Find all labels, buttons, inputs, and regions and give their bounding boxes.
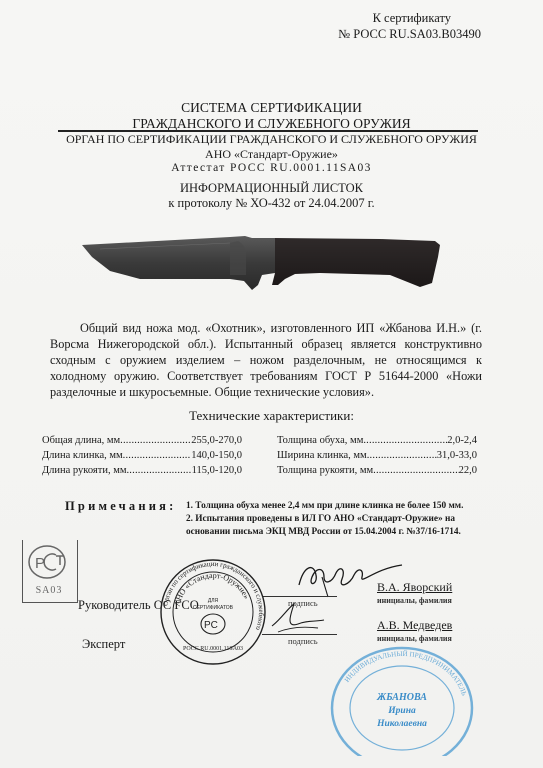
certificate-reference: К сертификату № РОСС RU.SA03.B03490 (338, 10, 481, 42)
spec-row: Толщина обуха, мм 2,0-2,4 (277, 433, 477, 448)
organization-name: АНО «Стандарт-Оружие» (0, 147, 543, 162)
blue-stamp-surname: ЖБАНОВА (376, 692, 427, 703)
spec-value: 22,0 (459, 463, 477, 478)
head-signature-line (262, 596, 337, 597)
protocol-reference: к протоколу № ХО-432 от 24.04.2007 г. (0, 196, 543, 211)
knife-image (80, 235, 460, 299)
system-header: СИСТЕМА СЕРТИФИКАЦИИ ГРАЖДАНСКОГО И СЛУЖ… (0, 100, 543, 132)
stamp-bottom-text: РОСС RU.0001.11SA03 (183, 646, 243, 652)
description-paragraph: Общий вид ножа мод. «Охотник», изготовле… (50, 320, 482, 400)
spec-label: Длина рукояти, мм (42, 463, 126, 478)
spec-value: 2,0-2,4 (447, 433, 477, 448)
certification-stamp: Орган по сертификации гражданского и слу… (158, 558, 268, 666)
spec-row: Длина клинка, мм 140,0-150,0 (42, 448, 242, 463)
organ-header: ОРГАН ПО СЕРТИФИКАЦИИ ГРАЖДАНСКОГО И СЛУ… (0, 132, 543, 176)
notes-label: Примечания: (65, 499, 176, 514)
system-title-line1: СИСТЕМА СЕРТИФИКАЦИИ (0, 100, 543, 116)
head-name: В.А. Яворский (377, 580, 452, 595)
expert-signature-caption: подпись (288, 636, 318, 646)
certificate-ref-label: К сертификату (338, 10, 481, 26)
spec-value: 115,0-120,0 (192, 463, 242, 478)
attestat-number: Аттестат РОСС RU.0001.11SA03 (0, 161, 543, 176)
entrepreneur-stamp: ИНДИВИДУАЛЬНЫЙ ПРЕДПРИНИМАТЕЛЬ ЖБАНОВА И… (315, 638, 490, 756)
spec-row: Длина рукояти, мм 115,0-120,0 (42, 463, 242, 478)
specs-left-column: Общая длина, мм 255,0-270,0 Длина клинка… (42, 433, 242, 478)
spec-label: Ширина клинка, мм (277, 448, 367, 463)
spec-row: Общая длина, мм 255,0-270,0 (42, 433, 242, 448)
info-sheet-title: ИНФОРМАЦИОННЫЙ ЛИСТОК (0, 181, 543, 196)
spec-value: 31,0-33,0 (437, 448, 477, 463)
rst-certification-mark-icon: P (26, 543, 70, 581)
spec-label: Общая длина, мм (42, 433, 120, 448)
head-name-caption: инициалы, фамилия (377, 596, 452, 605)
document-page: К сертификату № РОСС RU.SA03.B03490 СИСТ… (0, 0, 543, 768)
stamp-center-mid: СЕРТИФИКАТОВ (193, 605, 234, 611)
certification-code: SA03 (24, 585, 74, 596)
spec-label: Толщина обуха, мм (277, 433, 363, 448)
organ-title: ОРГАН ПО СЕРТИФИКАЦИИ ГРАЖДАНСКОГО И СЛУ… (0, 132, 543, 147)
spec-label: Толщина рукояти, мм (277, 463, 373, 478)
note-item: 1. Толщина обуха менее 2,4 мм при длине … (186, 500, 501, 513)
expert-name: А.В. Медведев (377, 618, 452, 633)
spec-label: Длина клинка, мм (42, 448, 123, 463)
blue-stamp-patronymic: Николаевна (376, 719, 427, 729)
expert-signature (268, 598, 328, 638)
description-text: Общий вид ножа мод. «Охотник», изготовле… (50, 321, 482, 399)
info-sheet-heading: ИНФОРМАЦИОННЫЙ ЛИСТОК к протоколу № ХО-4… (0, 181, 543, 211)
notes-list: 1. Толщина обуха менее 2,4 мм при длине … (186, 500, 501, 539)
certificate-number: № РОСС RU.SA03.B03490 (338, 26, 481, 42)
tech-specs-title: Технические характеристики: (0, 408, 543, 424)
note-item: 2. Испытания проведены в ИЛ ГО АНО «Стан… (186, 513, 501, 539)
spec-value: 140,0-150,0 (191, 448, 242, 463)
spec-row: Толщина рукояти, мм 22,0 (277, 463, 477, 478)
expert-role-label: Эксперт (82, 637, 125, 652)
specs-right-column: Толщина обуха, мм 2,0-2,4 Ширина клинка,… (277, 433, 477, 478)
expert-signature-line (262, 634, 337, 635)
stamp-center-top: ДЛЯ (208, 598, 219, 604)
spec-value: 255,0-270,0 (191, 433, 242, 448)
spec-row: Ширина клинка, мм 31,0-33,0 (277, 448, 477, 463)
svg-text:PC: PC (204, 620, 218, 631)
blue-stamp-name: Ирина (387, 706, 416, 716)
